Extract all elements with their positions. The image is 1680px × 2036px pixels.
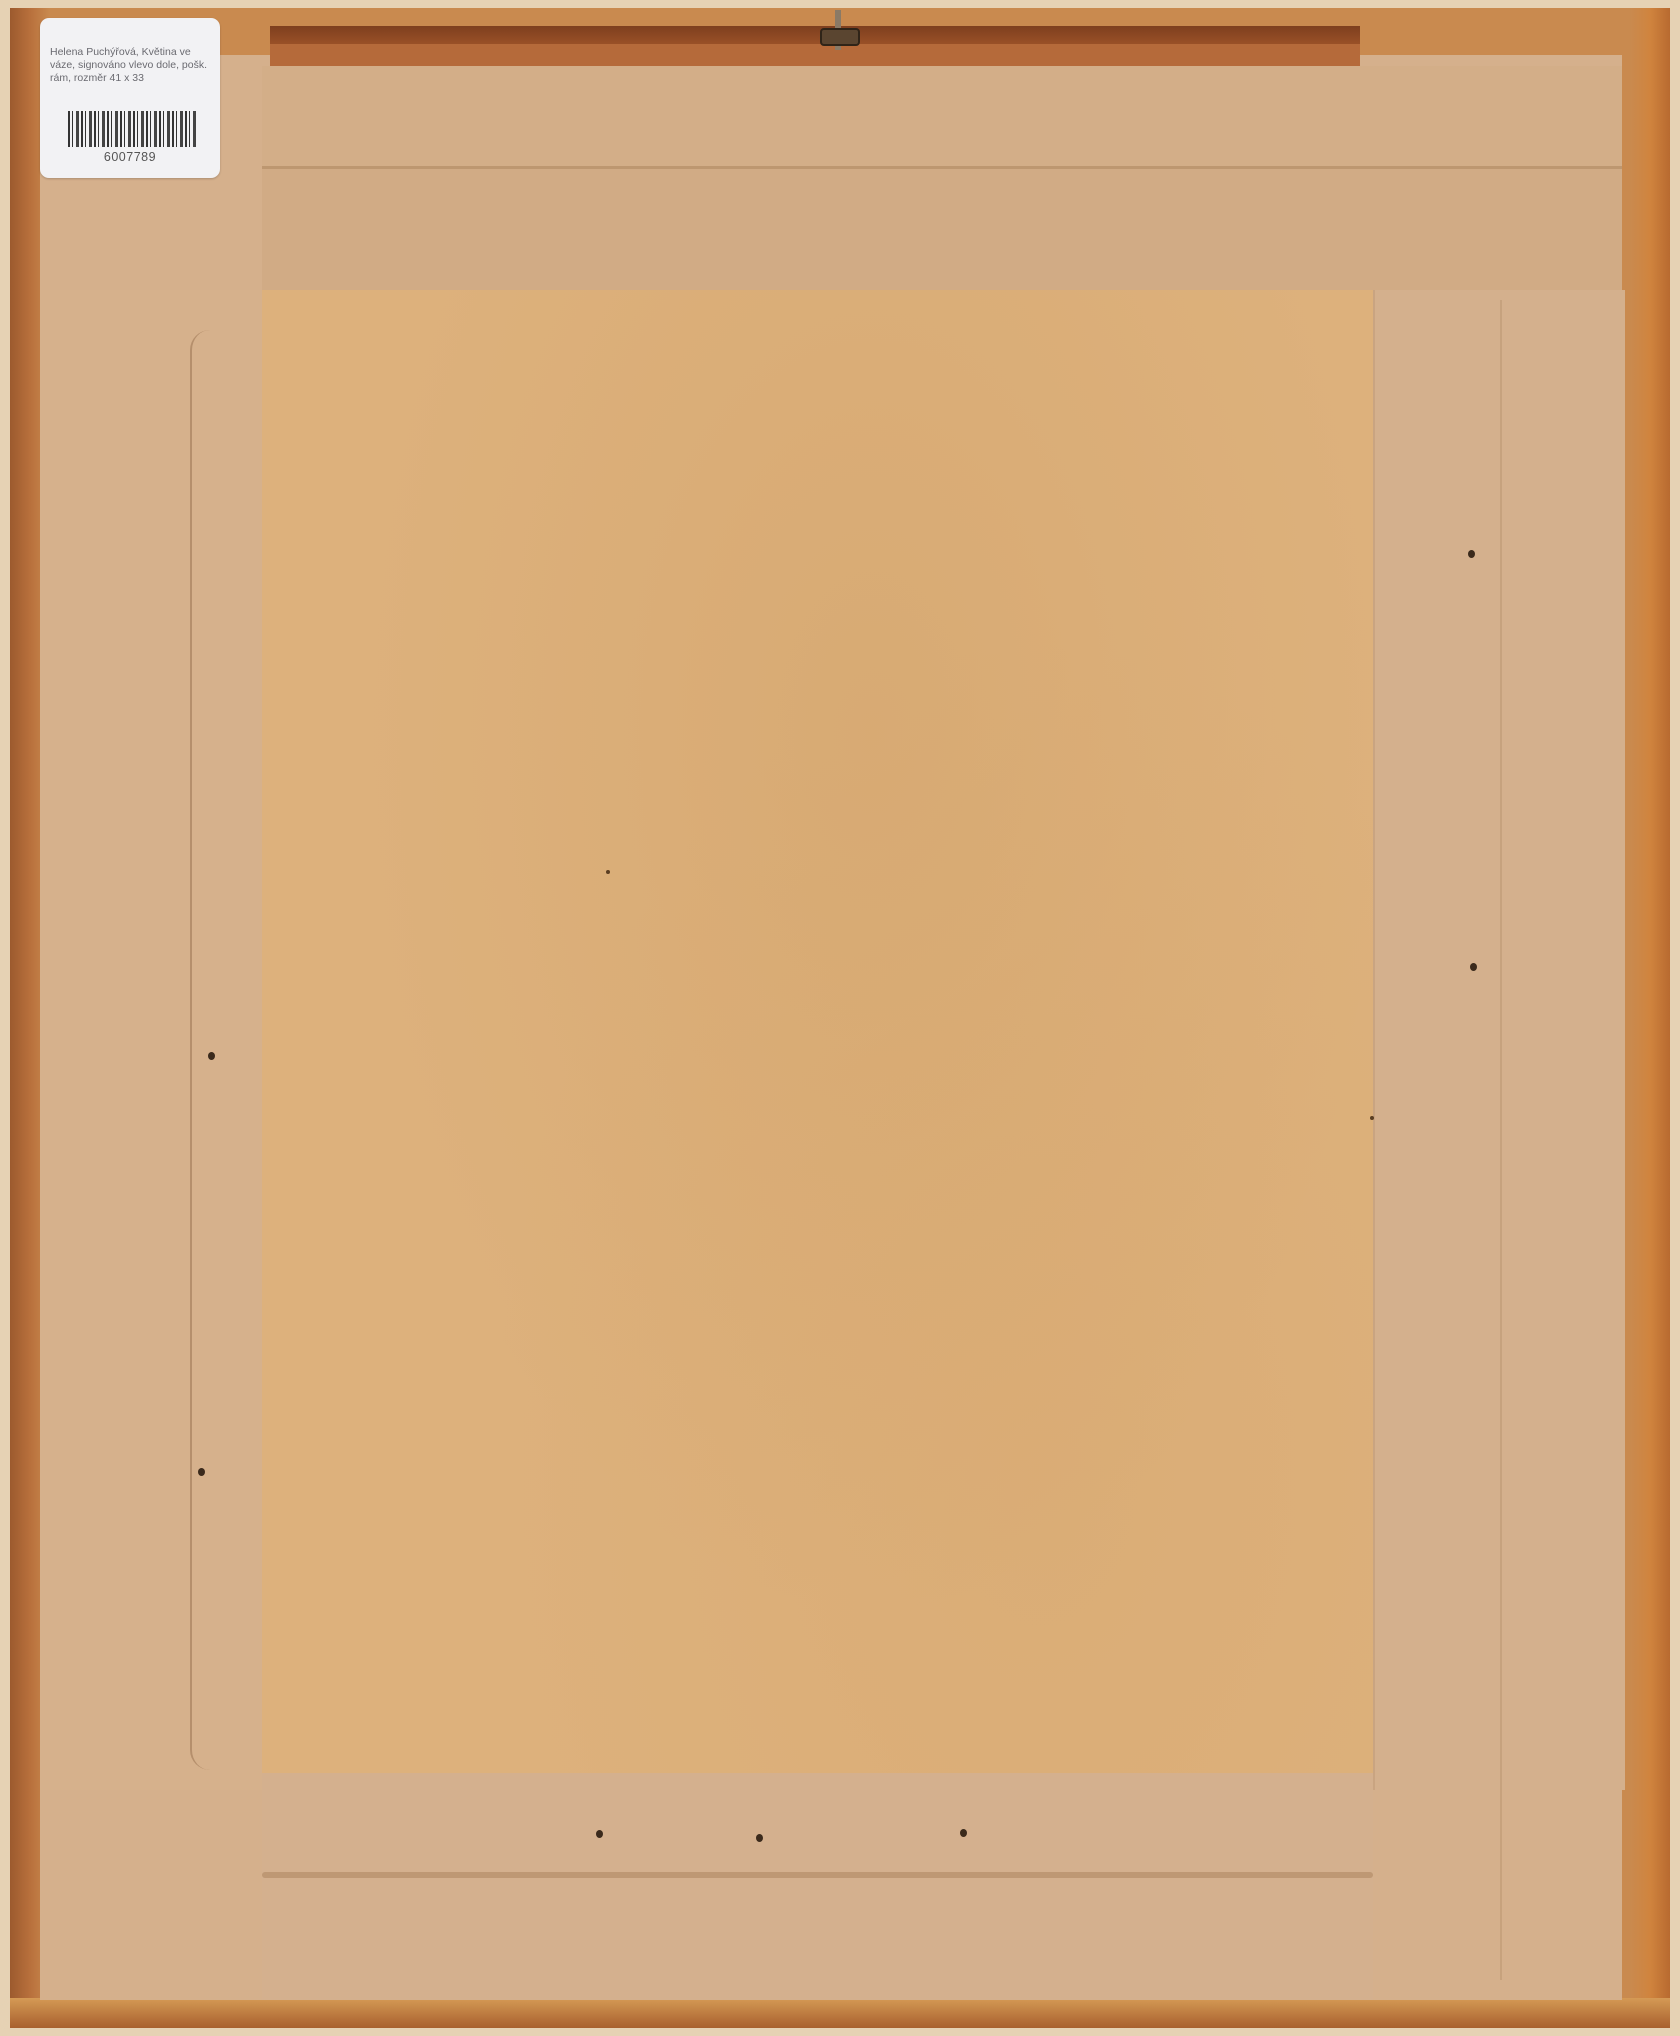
nail-hole: [1470, 963, 1477, 971]
paper-tape-right: [1373, 290, 1625, 1790]
barcode-number: 6007789: [40, 150, 220, 164]
nail-hole: [960, 1829, 967, 1837]
hanging-hook-icon: [820, 28, 860, 46]
nail-hole: [596, 1830, 603, 1838]
nail-hole: [1468, 550, 1475, 558]
label-description: Helena Puchýřová, Květina ve váze, signo…: [50, 46, 218, 85]
auction-label: Helena Puchýřová, Květina ve váze, signo…: [40, 18, 220, 178]
frame-bottom-rail: [10, 1998, 1670, 2028]
barcode-icon: [68, 111, 196, 147]
paper-seam-right: [1500, 300, 1502, 1980]
nail-hole: [198, 1468, 205, 1476]
nail-hole: [208, 1052, 215, 1060]
stain-dot: [1370, 1116, 1374, 1120]
paper-tape-top: [262, 66, 1622, 168]
stain-dot: [606, 870, 610, 874]
paper-tape-bottom: [262, 1773, 1373, 2000]
frame-top-inner-rail: [270, 44, 1360, 66]
nail-hole: [756, 1834, 763, 1842]
torn-paper-edge-left: [190, 330, 244, 1770]
paper-tape-top-lower: [262, 166, 1622, 293]
fiberboard-backing: [262, 290, 1373, 1773]
paper-fold-line: [262, 1872, 1373, 1878]
